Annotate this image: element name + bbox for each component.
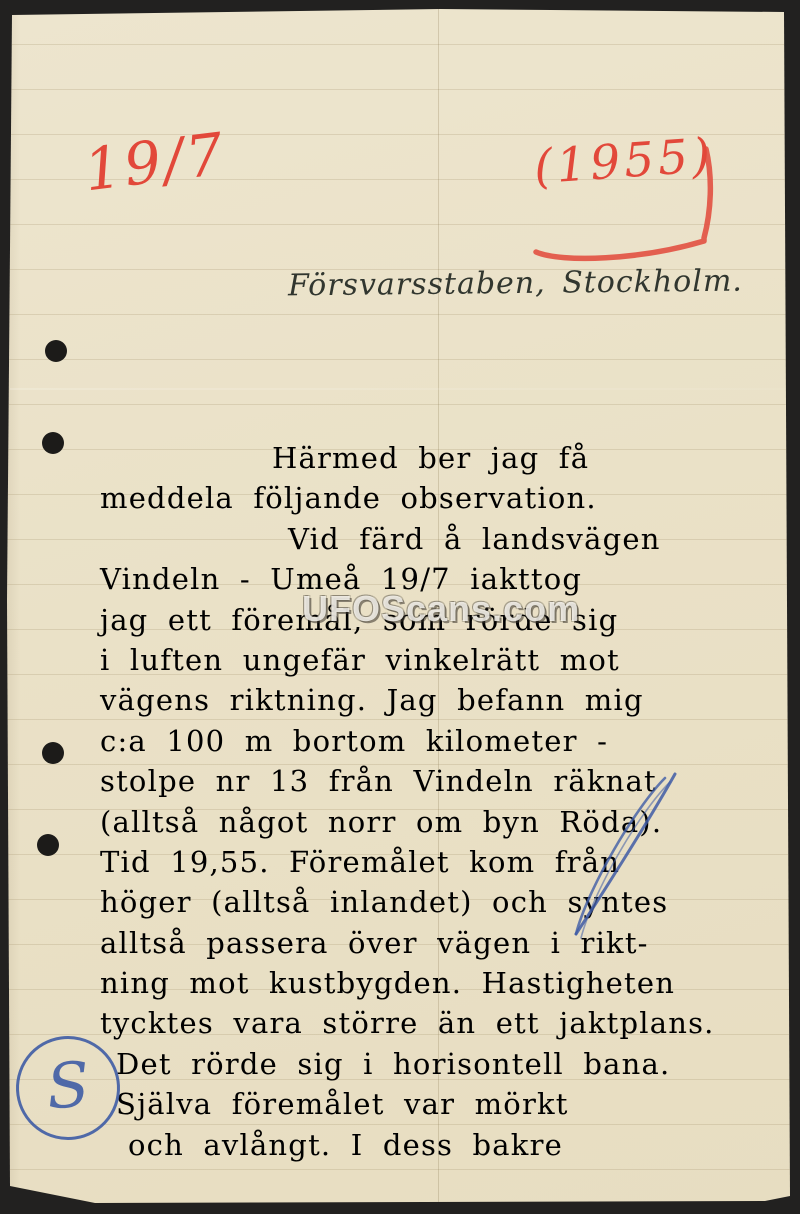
letter-recipient: Försvarsstaben, Stockholm.: [288, 264, 743, 304]
handwritten-line: Det rörde sig i horisontell bana.: [100, 1044, 780, 1084]
handwritten-line: Själva föremålet var mörkt: [100, 1084, 780, 1124]
red-date-annotation: 19/7: [80, 120, 229, 205]
punch-hole: [37, 834, 59, 856]
handwritten-line: vägens riktning. Jag befann mig: [100, 680, 780, 720]
handwritten-line: meddela följande observation.: [100, 478, 780, 518]
red-bracket-stroke: [528, 146, 720, 272]
punch-hole: [42, 742, 64, 764]
handwritten-line: Vid färd å landsvägen: [100, 519, 780, 559]
handwritten-line: och avlångt. I dess bakre: [100, 1125, 780, 1165]
handwritten-line: i luften ungefär vinkelrätt mot: [100, 640, 780, 680]
handwritten-line: tycktes vara större än ett jaktplans.: [100, 1003, 780, 1043]
handwritten-line: Härmed ber jag få: [100, 438, 780, 478]
handwritten-line: c:a 100 m bortom kilometer -: [100, 721, 780, 761]
scanned-letter-page: 19/7 (1955) Försvarsstaben, Stockholm. H…: [0, 0, 800, 1214]
blue-check-mark: [543, 772, 708, 947]
margin-mark-letter: S: [44, 1054, 91, 1119]
paper-sheet: 19/7 (1955) Försvarsstaben, Stockholm. H…: [0, 0, 800, 1214]
horizontal-crease: [10, 388, 790, 390]
handwritten-line: ning mot kustbygden. Hastigheten: [100, 963, 780, 1003]
watermark: UFOScans.com: [302, 588, 580, 630]
punch-hole: [42, 432, 64, 454]
punch-hole: [45, 340, 67, 362]
